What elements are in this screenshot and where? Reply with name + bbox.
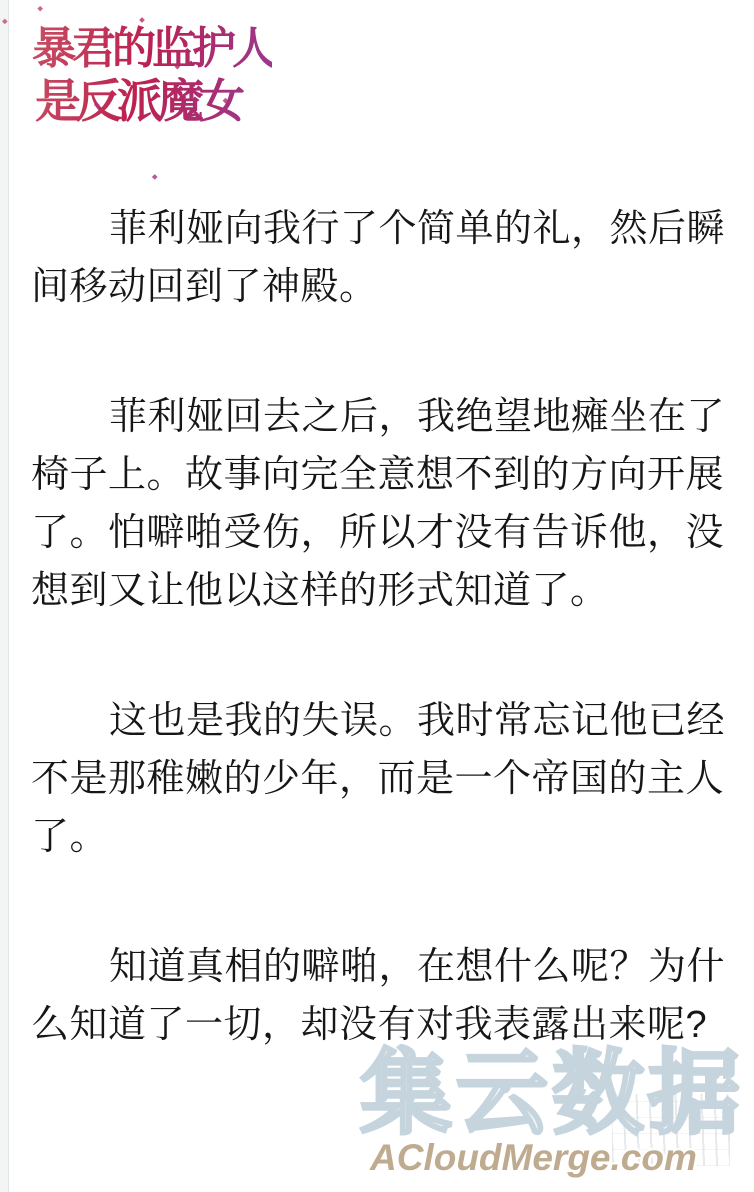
watermark-url-text: ACloudMerge.com xyxy=(370,1138,697,1178)
text-line: 知道真相的噼啪，在想什么呢？为什 xyxy=(31,938,754,996)
logo-title-line-1: 暴君的监护人 xyxy=(32,24,272,74)
watermark-brand-text: 集云数据 xyxy=(360,1044,744,1144)
text-line: 了。怕噼啪受伤，所以才没有告诉他，没 xyxy=(31,504,754,562)
logo-sparkle-dots xyxy=(139,17,145,23)
text-line: 菲利娅向我行了个简单的礼，然后瞬 xyxy=(31,200,754,258)
text-line: 间移动回到了神殿。 xyxy=(31,258,754,316)
novel-page: 暴君的监护人 是反派魔女 菲利娅向我行了个简单的礼，然后瞬 间移动回到了神殿。 … xyxy=(0,0,754,1192)
logo-title-line-2: 是反派魔女 xyxy=(32,74,272,128)
series-title-logo: 暴君的监护人 是反派魔女 xyxy=(32,24,272,128)
novel-text-body: 菲利娅向我行了个简单的礼，然后瞬 间移动回到了神殿。 菲利娅回去之后，我绝望地瘫… xyxy=(0,200,754,1126)
paragraph-2: 菲利娅回去之后，我绝望地瘫坐在了 椅子上。故事向完全意想不到的方向开展 了。怕噼… xyxy=(0,388,754,620)
paragraph-4: 知道真相的噼啪，在想什么呢？为什 么知道了一切，却没有对我表露出来呢? xyxy=(0,938,754,1054)
text-line: 了。 xyxy=(31,808,754,866)
text-line: 菲利娅回去之后，我绝望地瘫坐在了 xyxy=(31,388,754,446)
paragraph-1: 菲利娅向我行了个简单的礼，然后瞬 间移动回到了神殿。 xyxy=(0,200,754,316)
text-line: 想到又让他以这样的形式知道了。 xyxy=(31,562,754,620)
paragraph-3: 这也是我的失误。我时常忘记他已经 不是那稚嫩的少年，而是一个帝国的主人 了。 xyxy=(0,692,754,866)
text-line: 不是那稚嫩的少年，而是一个帝国的主人 xyxy=(31,750,754,808)
text-line: 椅子上。故事向完全意想不到的方向开展 xyxy=(31,446,754,504)
text-line: 这也是我的失误。我时常忘记他已经 xyxy=(31,692,754,750)
